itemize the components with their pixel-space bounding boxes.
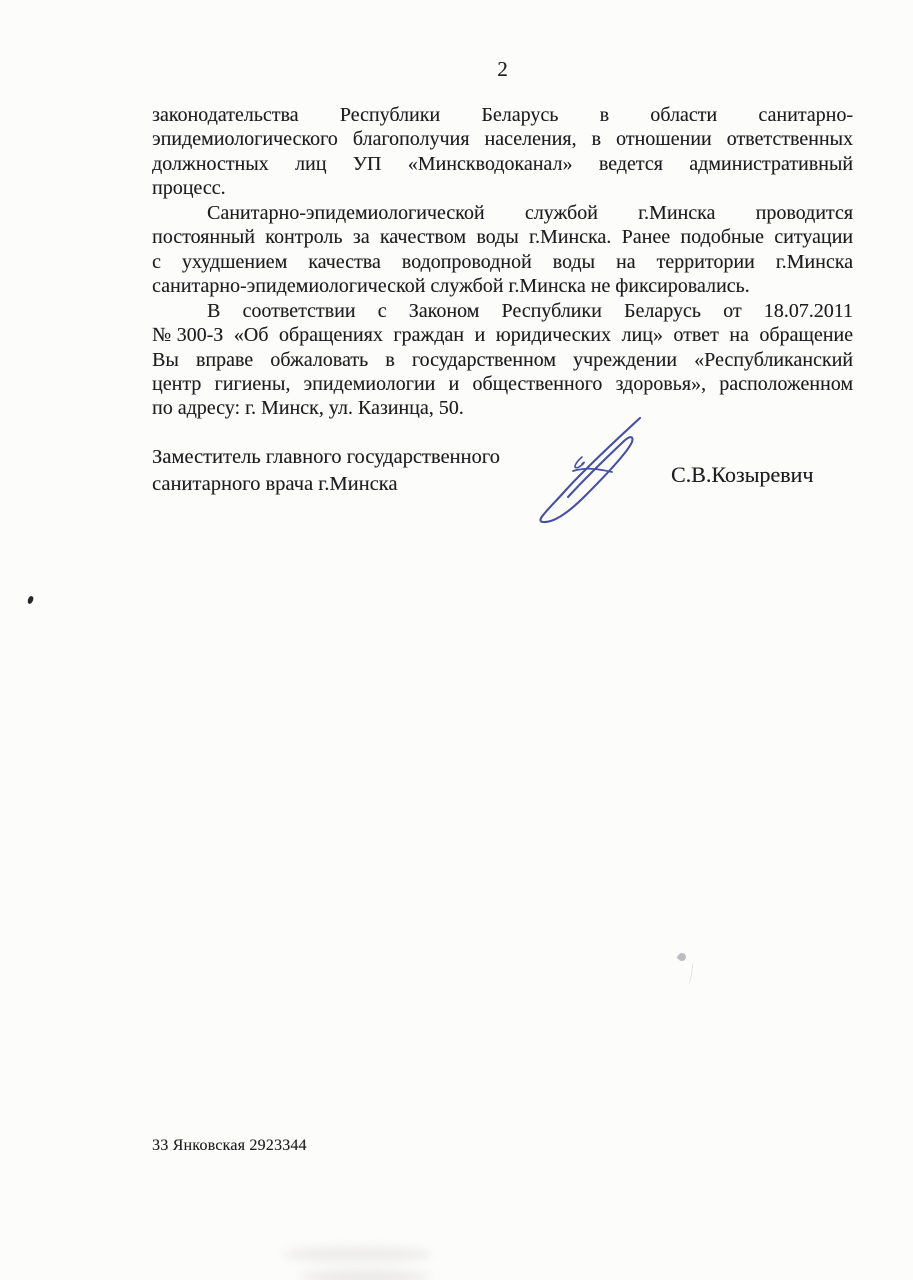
signature-main-stroke: [540, 418, 640, 522]
text-line: законодательства Республики Беларусь в о…: [152, 103, 853, 127]
paragraph-administrative-process: законодательства Республики Беларусь в о…: [152, 103, 853, 201]
text-line: №300-З «Об обращениях граждан и юридичес…: [152, 323, 853, 347]
scan-smudge-bottom-edge: [300, 1270, 430, 1280]
text-line: постоянный контроль за качеством воды г.…: [152, 225, 853, 249]
text-line: Санитарно-эпидемиологической службой г.М…: [152, 201, 853, 225]
text-line: по адресу: г. Минск, ул. Казинца, 50.: [152, 396, 853, 420]
ink-speck-left: [27, 595, 34, 604]
text-line: процесс.: [152, 176, 853, 200]
signoff-title-line: Заместитель главного государственного: [152, 444, 500, 471]
signoff-name: С.В.Козыревич: [671, 462, 813, 488]
scanned-letter-page: 2 законодательства Республики Беларусь в…: [0, 0, 913, 1280]
signature-flourish-stroke: [575, 457, 584, 468]
text-line: эпидемиологического благополучия населен…: [152, 127, 853, 151]
paragraph-water-quality-control: Санитарно-эпидемиологической службой г.М…: [152, 201, 853, 299]
text-line: В соответствии с Законом Республики Бела…: [152, 299, 853, 323]
scan-speck-trail: [686, 963, 693, 985]
scan-smudge-bottom: [283, 1247, 433, 1262]
text-line: санитарно-эпидемиологической службой г.М…: [152, 274, 853, 298]
text-line: Вы вправе обжаловать в государственном у…: [152, 348, 853, 372]
text-line: должностных лиц УП «Минскводоканал» веде…: [152, 152, 853, 176]
signoff-title: Заместитель главного государственного са…: [152, 444, 500, 498]
handwritten-signature: [528, 408, 658, 538]
letter-body: законодательства Республики Беларусь в о…: [152, 103, 853, 421]
page-number: 2: [152, 57, 853, 82]
text-line: центр гигиены, эпидемиологии и обществен…: [152, 372, 853, 396]
signoff-title-line: санитарного врача г.Минска: [152, 471, 500, 498]
footer-reference: 33 Янковская 2923344: [152, 1137, 307, 1155]
text-line: с ухудшением качества водопроводной воды…: [152, 250, 853, 274]
paragraph-appeal-rights: В соответствии с Законом Республики Бела…: [152, 299, 853, 421]
scan-speck-right: [676, 951, 687, 962]
